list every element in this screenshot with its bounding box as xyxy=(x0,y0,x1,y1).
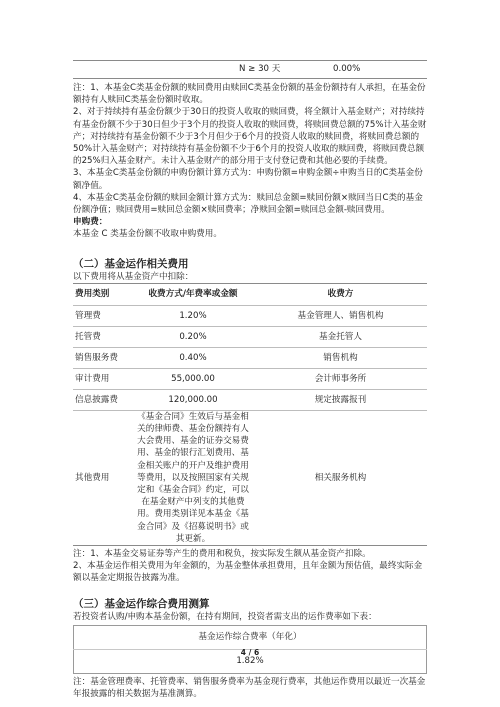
note-2: 2、本基金运作相关费用为年金额的，为基金整体承担费用，且年金额为预估值，最终实际… xyxy=(73,560,427,584)
fee-payee: 基金托管人 xyxy=(254,326,427,347)
table-row: 信息披露费 120,000.00 规定披露报刊 xyxy=(73,389,427,410)
fee-type: 托管费 xyxy=(73,326,132,347)
composite-rate-header: 基金运作综合费率（年化） xyxy=(74,625,427,649)
table-header-row: 费用类别 收费方式/年费率或金额 收费方 xyxy=(73,283,427,305)
section-2-intro: 以下费用将从基金资产中扣除： xyxy=(73,271,427,283)
section-3-notes: 注：基金管理费率、托管费率、销售服务费率为基金现行费率，其他运作费用以最近一次基… xyxy=(73,676,427,700)
header-payee: 收费方 xyxy=(254,283,427,305)
section-3-title: （三）基金运作综合费用测算 xyxy=(73,597,427,611)
holding-period: N ≥ 30 天 xyxy=(214,63,333,75)
section-2-notes: 注：1、本基金交易证券等产生的费用和税负，按实际发生额从基金资产扣除。 2、本基… xyxy=(73,548,427,585)
fee-type: 其他费用 xyxy=(73,410,132,545)
fee-rate: 0.20% xyxy=(132,326,254,347)
fee-payee: 规定披露报刊 xyxy=(254,389,427,410)
operating-fees-table: 费用类别 收费方式/年费率或金额 收费方 管理费 1.20% 基金管理人、销售机… xyxy=(73,283,427,546)
table-row: 管理费 1.20% 基金管理人、销售机构 xyxy=(73,305,427,326)
table-row: 销售服务费 0.40% 销售机构 xyxy=(73,347,427,368)
section-2-title: （二）基金运作相关费用 xyxy=(73,257,427,271)
fee-rate: 1.20% xyxy=(132,305,254,326)
document-page: N ≥ 30 天 0.00% 注：1、本基金C类基金份额的赎回费用由赎回C类基金… xyxy=(73,0,427,700)
note-1: 注：1、本基金交易证券等产生的费用和税负，按实际发生额从基金资产扣除。 xyxy=(73,548,427,560)
redemption-rate: 0.00% xyxy=(333,63,427,75)
table-rule xyxy=(73,78,427,79)
header-fee-rate: 收费方式/年费率或金额 xyxy=(132,283,254,305)
fee-type: 审计费用 xyxy=(73,368,132,389)
note-3: 3、本基金C类基金份额的申购份额计算方式为：申购份额=申购金额÷申购当日的C类基… xyxy=(73,167,427,191)
fee-payee: 基金管理人、销售机构 xyxy=(254,305,427,326)
table-row: 托管费 0.20% 基金托管人 xyxy=(73,326,427,347)
page-number: 4 / 6 xyxy=(0,648,500,657)
redemption-notes: 注：1、本基金C类基金份额的赎回费用由赎回C类基金份额的基金份额持有人承担，在基… xyxy=(73,82,427,241)
fee-type: 销售服务费 xyxy=(73,347,132,368)
header-fee-type: 费用类别 xyxy=(73,283,132,305)
note-1: 注：1、本基金C类基金份额的赎回费用由赎回C类基金份额的基金份额持有人承担，在基… xyxy=(73,82,427,106)
redemption-fee-row: N ≥ 30 天 0.00% xyxy=(73,61,427,78)
subscription-fee-text: 本基金 C 类基金份额不收取申购费用。 xyxy=(73,228,427,240)
fee-rate: 0.40% xyxy=(132,347,254,368)
table-row: 审计费用 55,000.00 会计师事务所 xyxy=(73,368,427,389)
table-row: 其他费用 《基金合同》生效后与基金相关的律师费、基金份额持有人大会费用、基金的证… xyxy=(73,410,427,545)
fee-type: 信息披露费 xyxy=(73,389,132,410)
subscription-fee-title: 申购费： xyxy=(73,216,427,228)
note-4: 4、本基金C类基金份额的赎回金额计算方式为：赎回总金额=赎回份额×赎回当日C类的… xyxy=(73,192,427,216)
fee-payee: 销售机构 xyxy=(254,347,427,368)
fee-rate: 55,000.00 xyxy=(132,368,254,389)
section-3-intro: 若投资者认购/申购本基金份额，在持有期间，投资者需支出的运作费率如下表： xyxy=(73,611,427,623)
note-2: 2、对于持续持有基金份额少于30日的投资人收取的赎回费，将全额计入基金财产；对持… xyxy=(73,106,427,167)
fee-payee: 相关服务机构 xyxy=(254,410,427,545)
fee-type: 管理费 xyxy=(73,305,132,326)
note: 注：基金管理费率、托管费率、销售服务费率为基金现行费率，其他运作费用以最近一次基… xyxy=(73,676,427,700)
table-header-row: 基金运作综合费率（年化） xyxy=(74,625,427,649)
fee-payee: 会计师事务所 xyxy=(254,368,427,389)
fee-rate: 120,000.00 xyxy=(132,389,254,410)
fee-rate: 《基金合同》生效后与基金相关的律师费、基金份额持有人大会费用、基金的证券交易费用… xyxy=(132,410,254,545)
